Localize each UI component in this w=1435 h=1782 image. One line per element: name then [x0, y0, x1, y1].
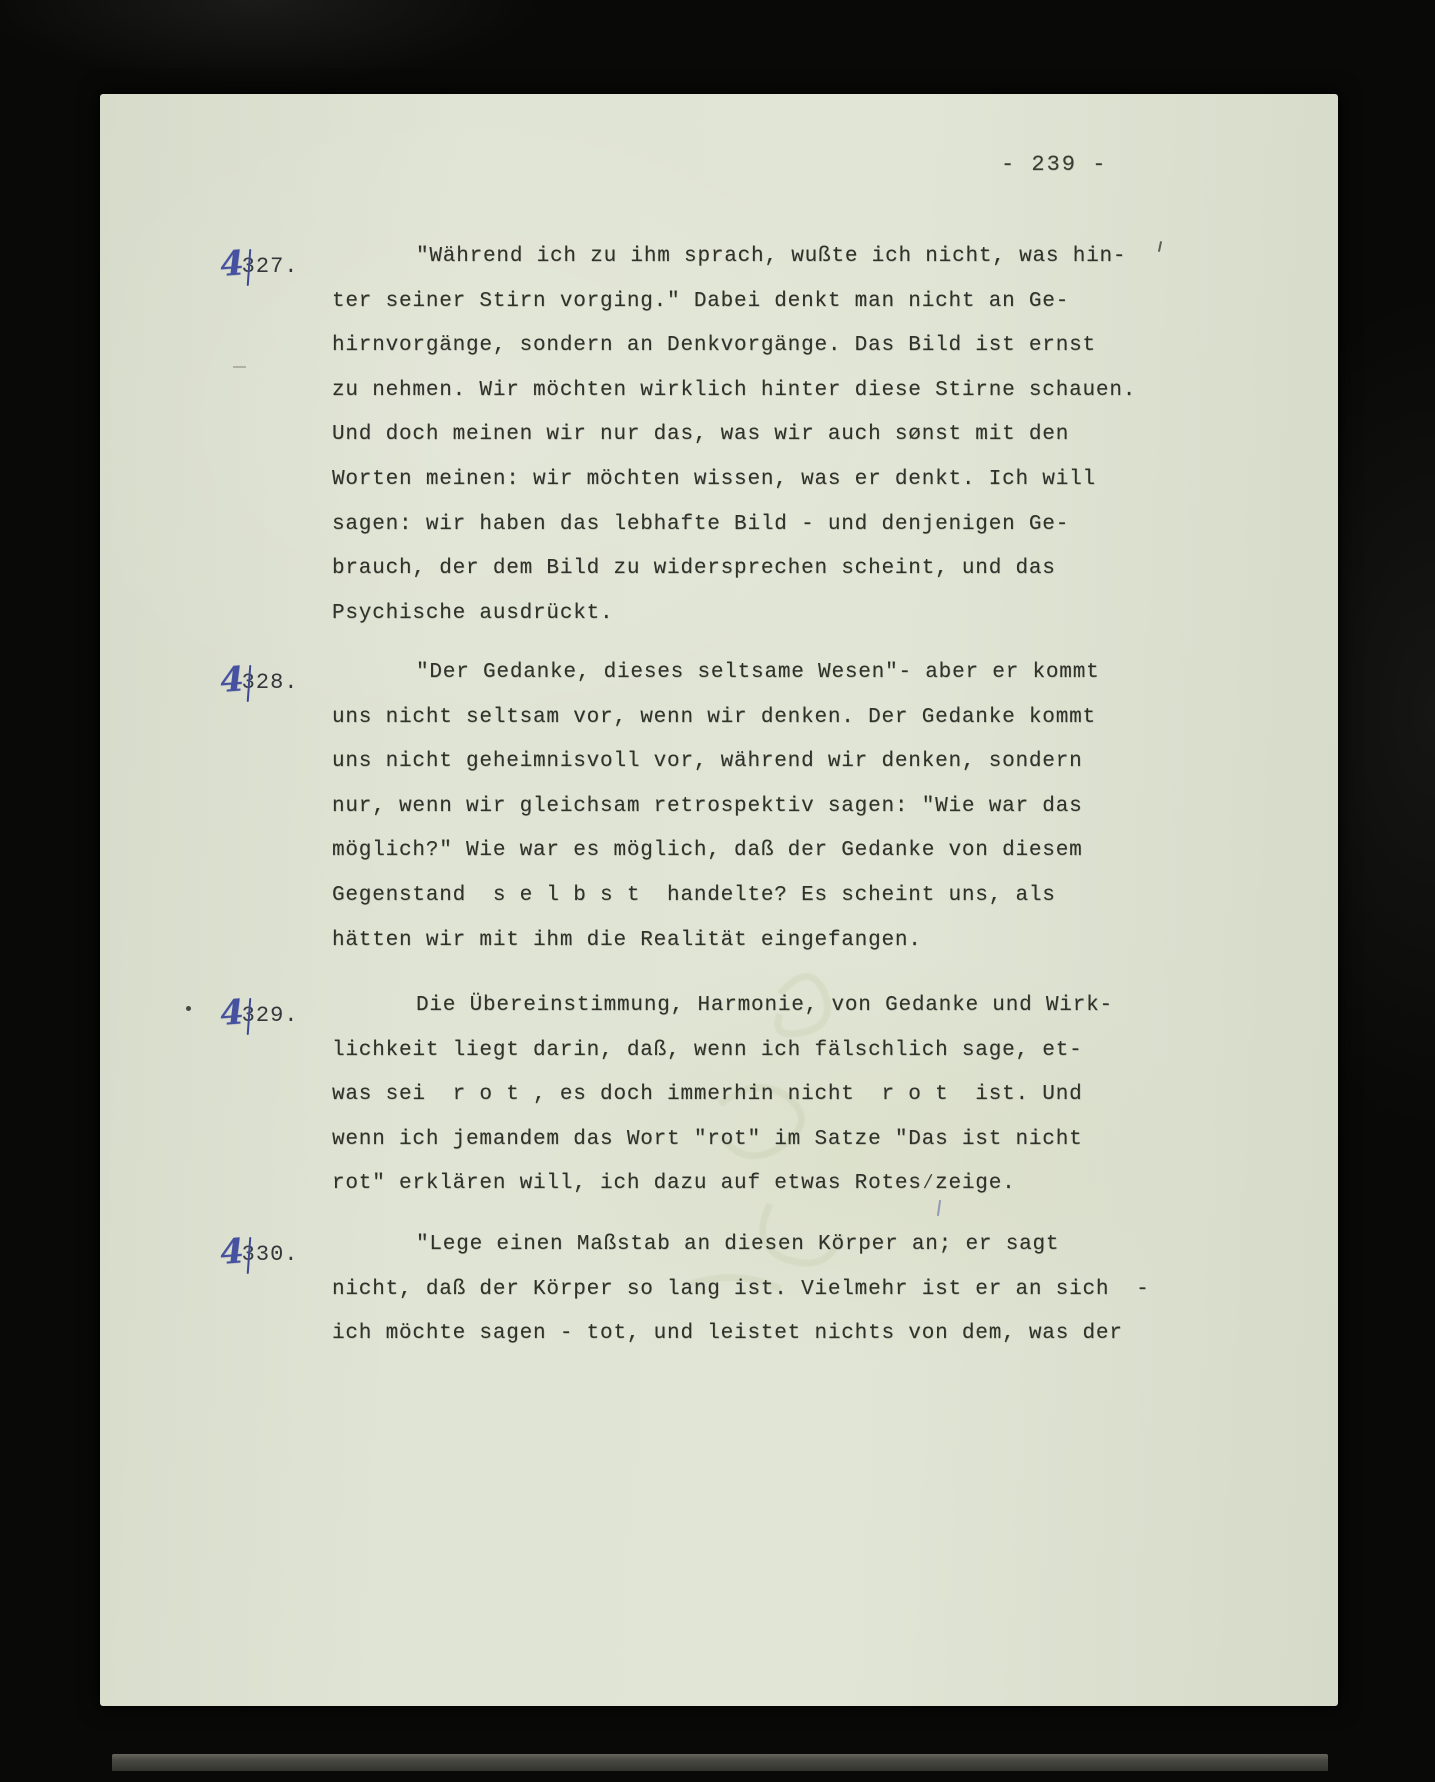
typed-paragraph-number: 29. — [256, 1003, 299, 1028]
struck-out-digit: 3 — [242, 254, 256, 279]
text-line: "Der Gedanke, dieses seltsame Wesen"- ab… — [332, 651, 1192, 696]
text-line: was sei r o t , es doch immerhin nicht r… — [332, 1073, 1192, 1118]
text-line: "Lege einen Maßstab an diesen Körper an;… — [332, 1223, 1192, 1268]
text-line: Psychische ausdrückt. — [332, 592, 1192, 637]
text-line: sagen: wir haben das lebhafte Bild - und… — [332, 503, 1192, 548]
text-line: uns nicht geheimnisvoll vor, während wir… — [332, 740, 1192, 785]
text-line: möglich?" Wie war es möglich, daß der Ge… — [332, 829, 1192, 874]
scanned-typescript-page: - 239 - 4327. "Während ich zu ihm sprach… — [0, 0, 1435, 1782]
struck-out-digit: 3 — [242, 1003, 256, 1028]
text-line: Gegenstand s e l b s t handelte? Es sche… — [332, 874, 1192, 919]
next-page-edge — [112, 1754, 1328, 1771]
typed-paragraph-number: 27. — [256, 254, 299, 279]
text-line: brauch, der dem Bild zu widersprechen sc… — [332, 547, 1192, 592]
paragraph-text: "Während ich zu ihm sprach, wußte ich ni… — [332, 235, 1192, 636]
paragraph-number: 4330. — [220, 1232, 298, 1267]
paragraph: 4327. "Während ich zu ihm sprach, wußte … — [100, 235, 1338, 636]
text-line: ter seiner Stirn vorging." Dabei denkt m… — [332, 280, 1192, 325]
text-line: lichkeit liegt darin, daß, wenn ich fäls… — [332, 1029, 1192, 1074]
paragraph-text: "Der Gedanke, dieses seltsame Wesen"- ab… — [332, 651, 1192, 963]
text-line: Und doch meinen wir nur das, was wir auc… — [332, 413, 1192, 458]
struck-out-digit: 3 — [242, 1242, 256, 1267]
text-line: nur, wenn wir gleichsam retrospektiv sag… — [332, 785, 1192, 830]
page-number: - 239 - — [1001, 152, 1107, 177]
paragraph-number: 4327. — [220, 244, 298, 279]
text-line: rot" erklären will, ich dazu auf etwas R… — [332, 1162, 1192, 1207]
text-line: nicht, daß der Körper so lang ist. Vielm… — [332, 1268, 1192, 1313]
paragraph: 4330. "Lege einen Maßstab an diesen Körp… — [100, 1223, 1338, 1357]
text-line: zu nehmen. Wir möchten wirklich hinter d… — [332, 369, 1192, 414]
text-line: uns nicht seltsam vor, wenn wir denken. … — [332, 696, 1192, 741]
paper-sheet: - 239 - 4327. "Während ich zu ihm sprach… — [100, 94, 1338, 1706]
struck-out-digit: 3 — [242, 670, 256, 695]
paragraph-text: "Lege einen Maßstab an diesen Körper an;… — [332, 1223, 1192, 1357]
paragraph-number: 4329. — [220, 993, 298, 1028]
text-line: Worten meinen: wir möchten wissen, was e… — [332, 458, 1192, 503]
text-line: "Während ich zu ihm sprach, wußte ich ni… — [332, 235, 1192, 280]
paragraph-text: Die Übereinstimmung, Harmonie, von Gedan… — [332, 984, 1192, 1207]
typed-paragraph-number: 28. — [256, 670, 299, 695]
paragraph: 4328. "Der Gedanke, dieses seltsame Wese… — [100, 651, 1338, 963]
typed-paragraph-number: 30. — [256, 1242, 299, 1267]
text-line: Die Übereinstimmung, Harmonie, von Gedan… — [332, 984, 1192, 1029]
text-line: hätten wir mit ihm die Realität eingefan… — [332, 919, 1192, 964]
text-line: wenn ich jemandem das Wort "rot" im Satz… — [332, 1118, 1192, 1163]
paragraph-number: 4328. — [220, 660, 298, 695]
text-line: ich möchte sagen - tot, und leistet nich… — [332, 1312, 1192, 1357]
text-line: hirnvorgänge, sondern an Denkvorgänge. D… — [332, 324, 1192, 369]
paragraph: 4329. Die Übereinstimmung, Harmonie, von… — [100, 984, 1338, 1207]
